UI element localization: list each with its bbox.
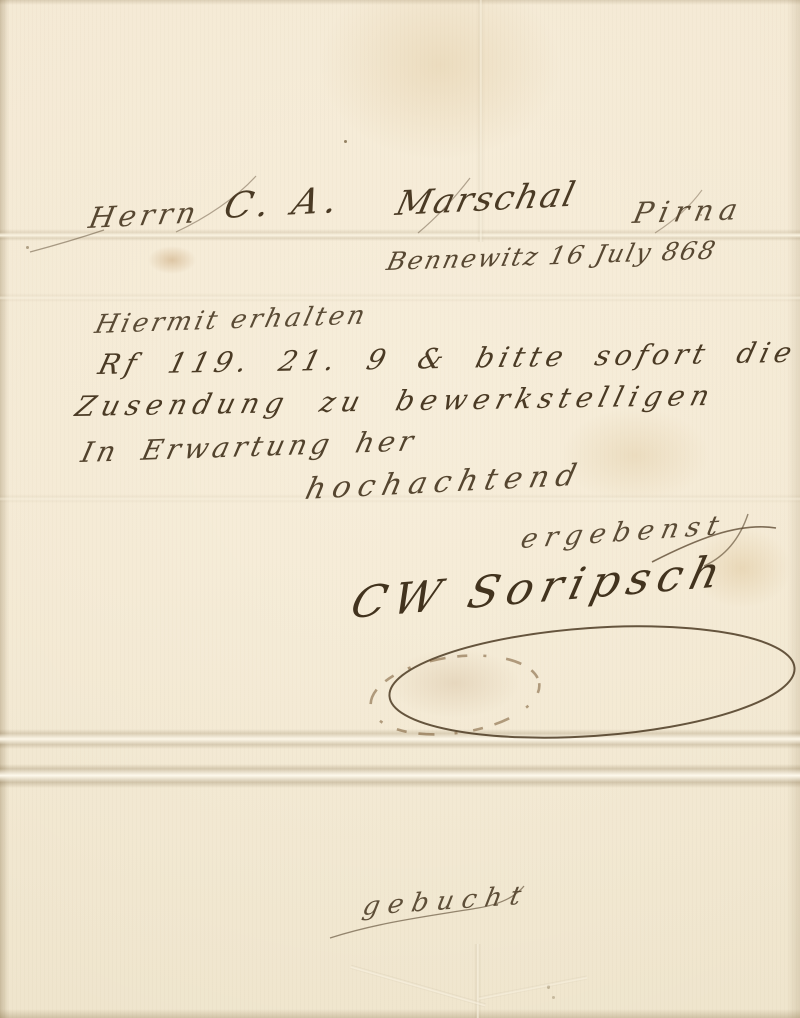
aged-paper-background — [0, 0, 800, 1018]
letter-scan: Herrn C. A. Marschal Pirna Bennewitz 16 … — [0, 0, 800, 1018]
